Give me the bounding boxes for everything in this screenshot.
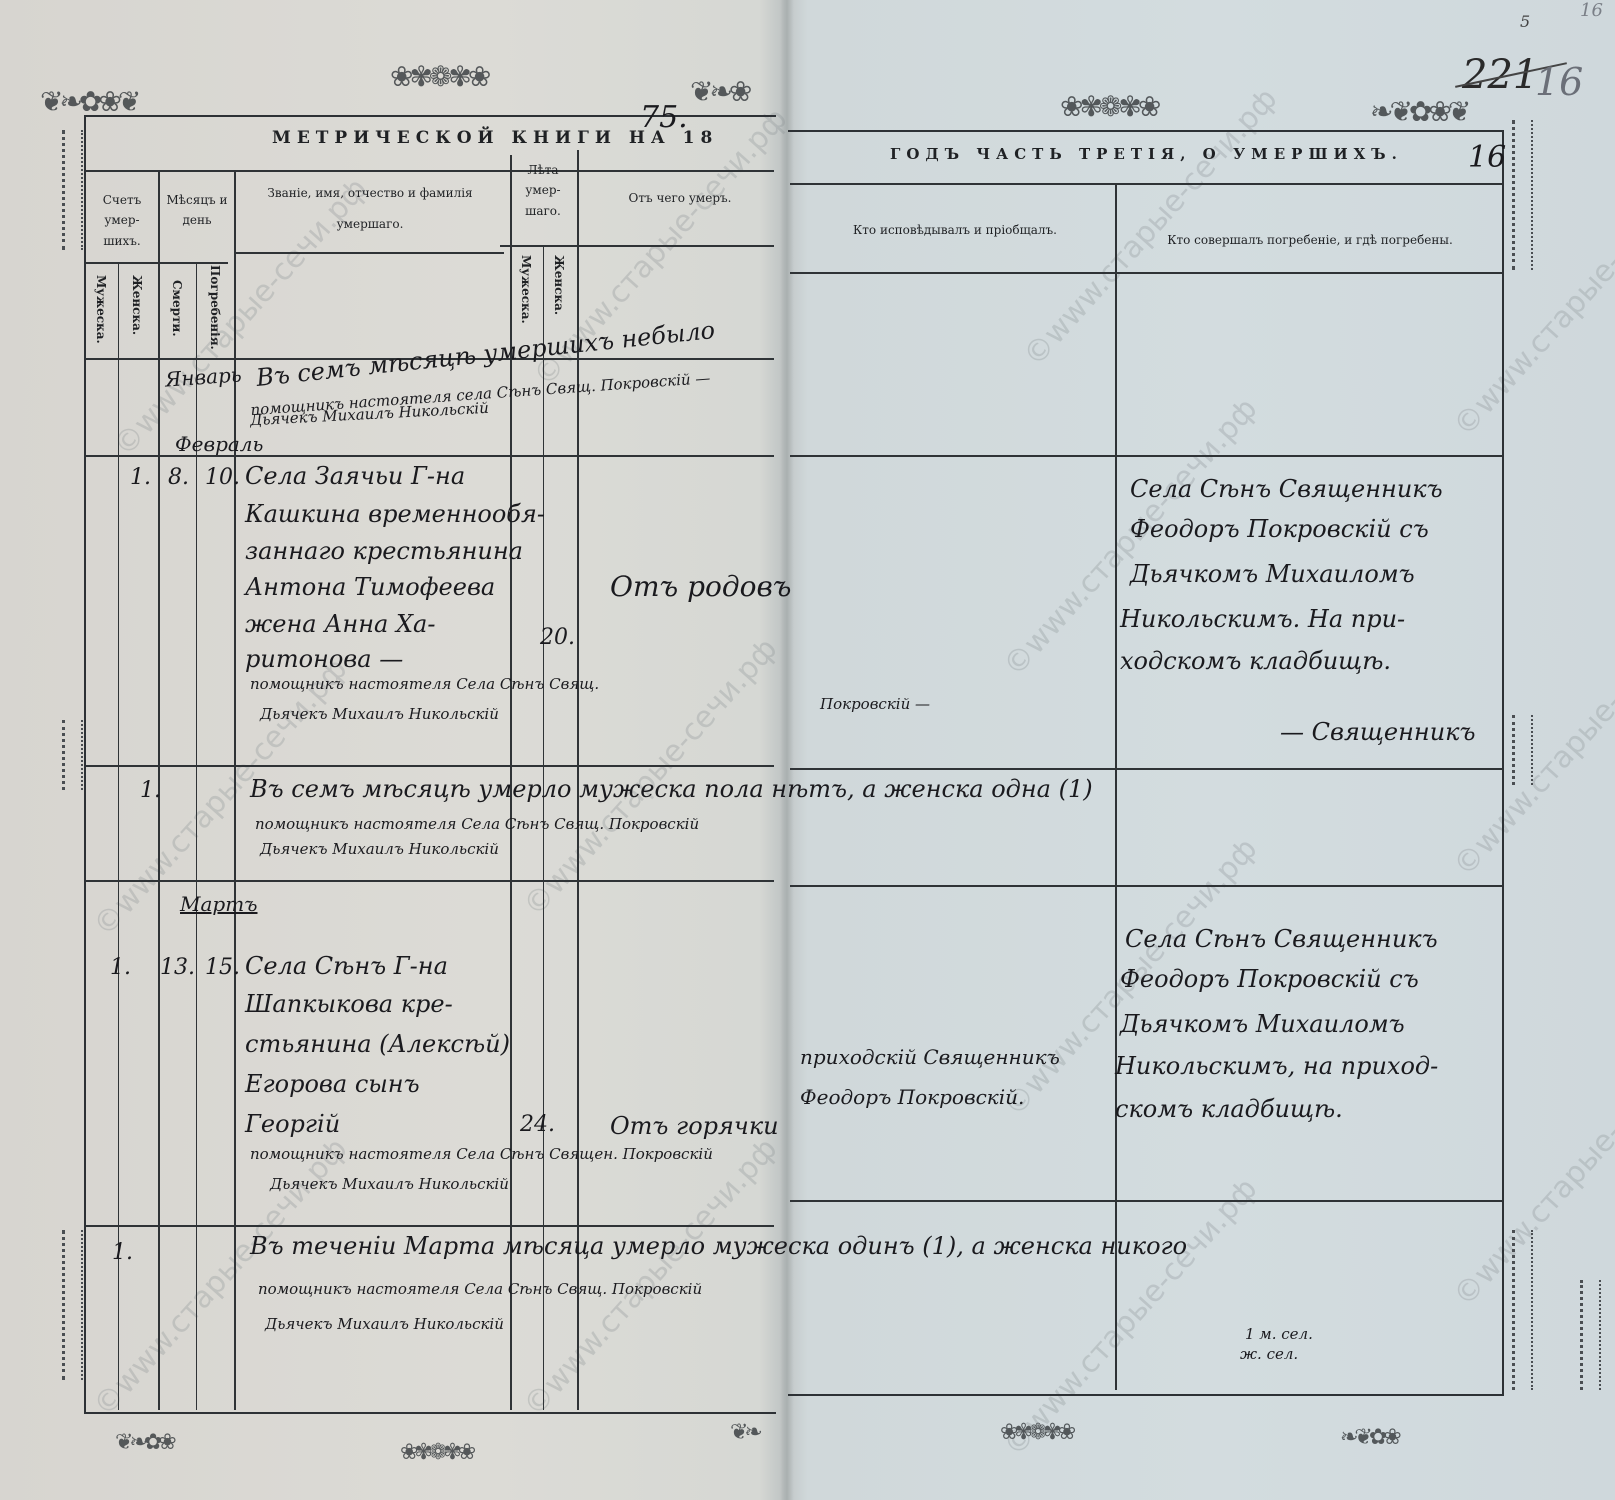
deceased-name-line: Шапкыкова кре- bbox=[245, 990, 453, 1018]
row-rule bbox=[790, 885, 1502, 887]
burial-by-line: Никольскимъ. На при- bbox=[1120, 605, 1405, 633]
burial-by-line: Села Сѣнъ Священникъ bbox=[1125, 925, 1438, 953]
signature-line: Дьячекъ Михаилъ Никольскій bbox=[270, 1175, 509, 1193]
right-page-table bbox=[788, 130, 1504, 1396]
ornament-icon: ❧❦✿❀❦ bbox=[1370, 95, 1467, 128]
struck-folio-number: 221 bbox=[1462, 52, 1538, 98]
subheader-count-male: Мужеска. bbox=[94, 275, 108, 344]
age-male: 24. bbox=[520, 1112, 555, 1137]
cause-of-death: Отъ горячки bbox=[610, 1112, 779, 1140]
column-header-date: Мѣсяцъ и день bbox=[162, 190, 232, 231]
confessor: Покровскій — bbox=[820, 695, 930, 713]
column-rule bbox=[118, 262, 119, 1410]
count-male: 1. bbox=[112, 1240, 133, 1265]
deceased-name-line: ритонова — bbox=[245, 645, 403, 673]
burial-day: 15. bbox=[205, 955, 240, 980]
burial-by-line: ходскомъ кладбищѣ. bbox=[1120, 647, 1391, 675]
row-rule bbox=[86, 1225, 774, 1227]
subheader-age-male: Мужеска. bbox=[519, 255, 533, 324]
subheader-age-female: Женска. bbox=[552, 255, 566, 315]
summary-line: Дьячекъ Михаилъ Никольскій bbox=[260, 840, 499, 858]
summary-line: Дьячекъ Михаилъ Никольскій bbox=[265, 1315, 504, 1333]
deceased-name-line: Егорова сынъ bbox=[245, 1070, 420, 1098]
burial-by-line: Феодоръ Покровскій съ bbox=[1130, 515, 1429, 543]
summary-line: Въ семъ мѣсяцѣ умерло мужеска пола нѣтъ,… bbox=[250, 775, 1093, 803]
year-handwritten: 75. bbox=[640, 100, 688, 135]
summary-line: Въ теченіи Марта мѣсяца умерло мужеска о… bbox=[250, 1232, 1187, 1260]
age-female: 20. bbox=[540, 625, 575, 650]
deceased-name-line: Антона Тимофеева bbox=[245, 573, 495, 601]
sheet-number: 16 bbox=[1468, 140, 1506, 175]
burial-day: 10. bbox=[205, 465, 240, 490]
side-ornament-icon bbox=[1512, 715, 1533, 785]
folio-number: 16 bbox=[1535, 60, 1583, 104]
header-rule bbox=[236, 252, 504, 254]
deceased-name-line: Кашкина временнообя- bbox=[245, 500, 545, 528]
deceased-name-line: заннаго крестьянина bbox=[245, 537, 523, 565]
column-rule bbox=[1115, 185, 1117, 1390]
month-label: Мартъ bbox=[180, 892, 258, 916]
signature-line: помощникъ настоятеля Села Сѣнъ Свящ. bbox=[250, 675, 599, 693]
deceased-name-line: Села Заячьи Г-на bbox=[245, 462, 465, 490]
row-rule bbox=[86, 765, 774, 767]
cause-of-death: Отъ родовъ bbox=[610, 570, 791, 603]
burial-by-line: Дьячкомъ Михаиломъ bbox=[1130, 560, 1415, 588]
header-rule bbox=[86, 170, 774, 172]
faded-folio-number: 16 bbox=[1580, 0, 1603, 21]
subheader-count-female: Женска. bbox=[130, 275, 144, 335]
struck-folio-text: 221 bbox=[1462, 52, 1538, 98]
side-ornament-icon bbox=[62, 720, 83, 790]
deceased-name-line: Георгій bbox=[245, 1110, 340, 1138]
ornament-icon: ❀✾❁✾❀ bbox=[400, 1440, 472, 1465]
summary-line: помощникъ настоятеля Села Сѣнъ Свящ. Пок… bbox=[258, 1280, 702, 1298]
signature-line: помощникъ настоятеля Села Сѣнъ Священ. П… bbox=[250, 1145, 713, 1163]
row-rule bbox=[790, 1200, 1502, 1202]
ornament-icon: ❦❧✿❀ bbox=[115, 1430, 173, 1455]
deceased-name-line: стьянина (Алексѣй) bbox=[245, 1030, 510, 1058]
ornament-icon: ❧❦✿❀ bbox=[1340, 1425, 1398, 1450]
row-rule bbox=[790, 455, 1502, 457]
column-header-cause: Отъ чего умеръ. bbox=[590, 188, 770, 208]
side-ornament-icon bbox=[62, 130, 83, 250]
summary-line: помощникъ настоятеля Села Сѣнъ Свящ. Пок… bbox=[255, 815, 699, 833]
column-header-burial-by: Кто совершалъ погребеніе, и гдѣ погребен… bbox=[1125, 230, 1495, 250]
side-ornament-icon bbox=[1512, 1230, 1533, 1390]
month-label: Февраль bbox=[175, 432, 263, 456]
side-ornament-icon bbox=[62, 1230, 83, 1380]
column-header-name: Званіе, имя, отчество и фамилія умершаго… bbox=[245, 178, 495, 240]
death-day: 13. bbox=[160, 955, 195, 980]
row-rule bbox=[790, 768, 1502, 770]
burial-by-line: Дьячкомъ Михаиломъ bbox=[1120, 1010, 1405, 1038]
confessor-line: приходскій Священникъ bbox=[800, 1045, 1060, 1069]
row-rule bbox=[86, 880, 774, 882]
header-rule bbox=[790, 183, 1502, 185]
header-rule bbox=[500, 245, 774, 247]
corner-mark: 5 bbox=[1520, 12, 1530, 31]
subheader-burial-day: Погребенія. bbox=[208, 265, 222, 350]
column-header-count: Счетъ умер- шихъ. bbox=[90, 190, 154, 251]
deceased-name-line: жена Анна Ха- bbox=[245, 610, 435, 638]
side-ornament-icon bbox=[1580, 1280, 1601, 1390]
burial-by-line: Никольскимъ, на приход- bbox=[1115, 1052, 1438, 1080]
subheader-death-day: Смерти. bbox=[170, 280, 184, 337]
ornament-icon: ❦❧❀ bbox=[690, 75, 748, 108]
header-rule bbox=[790, 272, 1502, 274]
death-day: 8. bbox=[168, 465, 189, 490]
footer-note: ж. сел. bbox=[1240, 1345, 1298, 1363]
burial-by-line: Села Сѣнъ Священникъ bbox=[1130, 475, 1443, 503]
ornament-icon: ❦❧ bbox=[730, 1420, 759, 1445]
header-rule bbox=[86, 262, 228, 264]
ornament-icon: ❀✾❁✾❀ bbox=[390, 60, 487, 93]
confessor-line: Феодоръ Покровскій. bbox=[800, 1085, 1024, 1109]
burial-by-line: Феодоръ Покровскій съ bbox=[1120, 965, 1419, 993]
count-male: 1. bbox=[110, 955, 131, 980]
ornament-icon: ❀✾❁✾❀ bbox=[1060, 90, 1157, 123]
page-title-right: ГОДЪ ЧАСТЬ ТРЕТІЯ, О УМЕРШИХЪ. bbox=[890, 145, 1403, 163]
ornament-icon: ❀✾❁✾❀ bbox=[1000, 1420, 1072, 1445]
deceased-name-line: Села Сѣнъ Г-на bbox=[245, 952, 448, 980]
column-header-age: Лѣта умер- шаго. bbox=[512, 160, 574, 221]
burial-by-line: — Священникъ bbox=[1280, 718, 1475, 746]
signature-line: Дьячекъ Михаилъ Никольскій bbox=[260, 705, 499, 723]
count-female: 1. bbox=[130, 465, 151, 490]
column-rule bbox=[234, 170, 236, 1410]
ornament-icon: ❦❧✿❀❦ bbox=[40, 85, 137, 118]
count-female: 1. bbox=[140, 778, 161, 803]
side-ornament-icon bbox=[1512, 120, 1533, 270]
footer-note: 1 м. сел. bbox=[1245, 1325, 1313, 1343]
column-header-confessor: Кто исповѣдывалъ и пріобщалъ. bbox=[810, 220, 1100, 240]
burial-by-line: скомъ кладбищѣ. bbox=[1115, 1095, 1343, 1123]
